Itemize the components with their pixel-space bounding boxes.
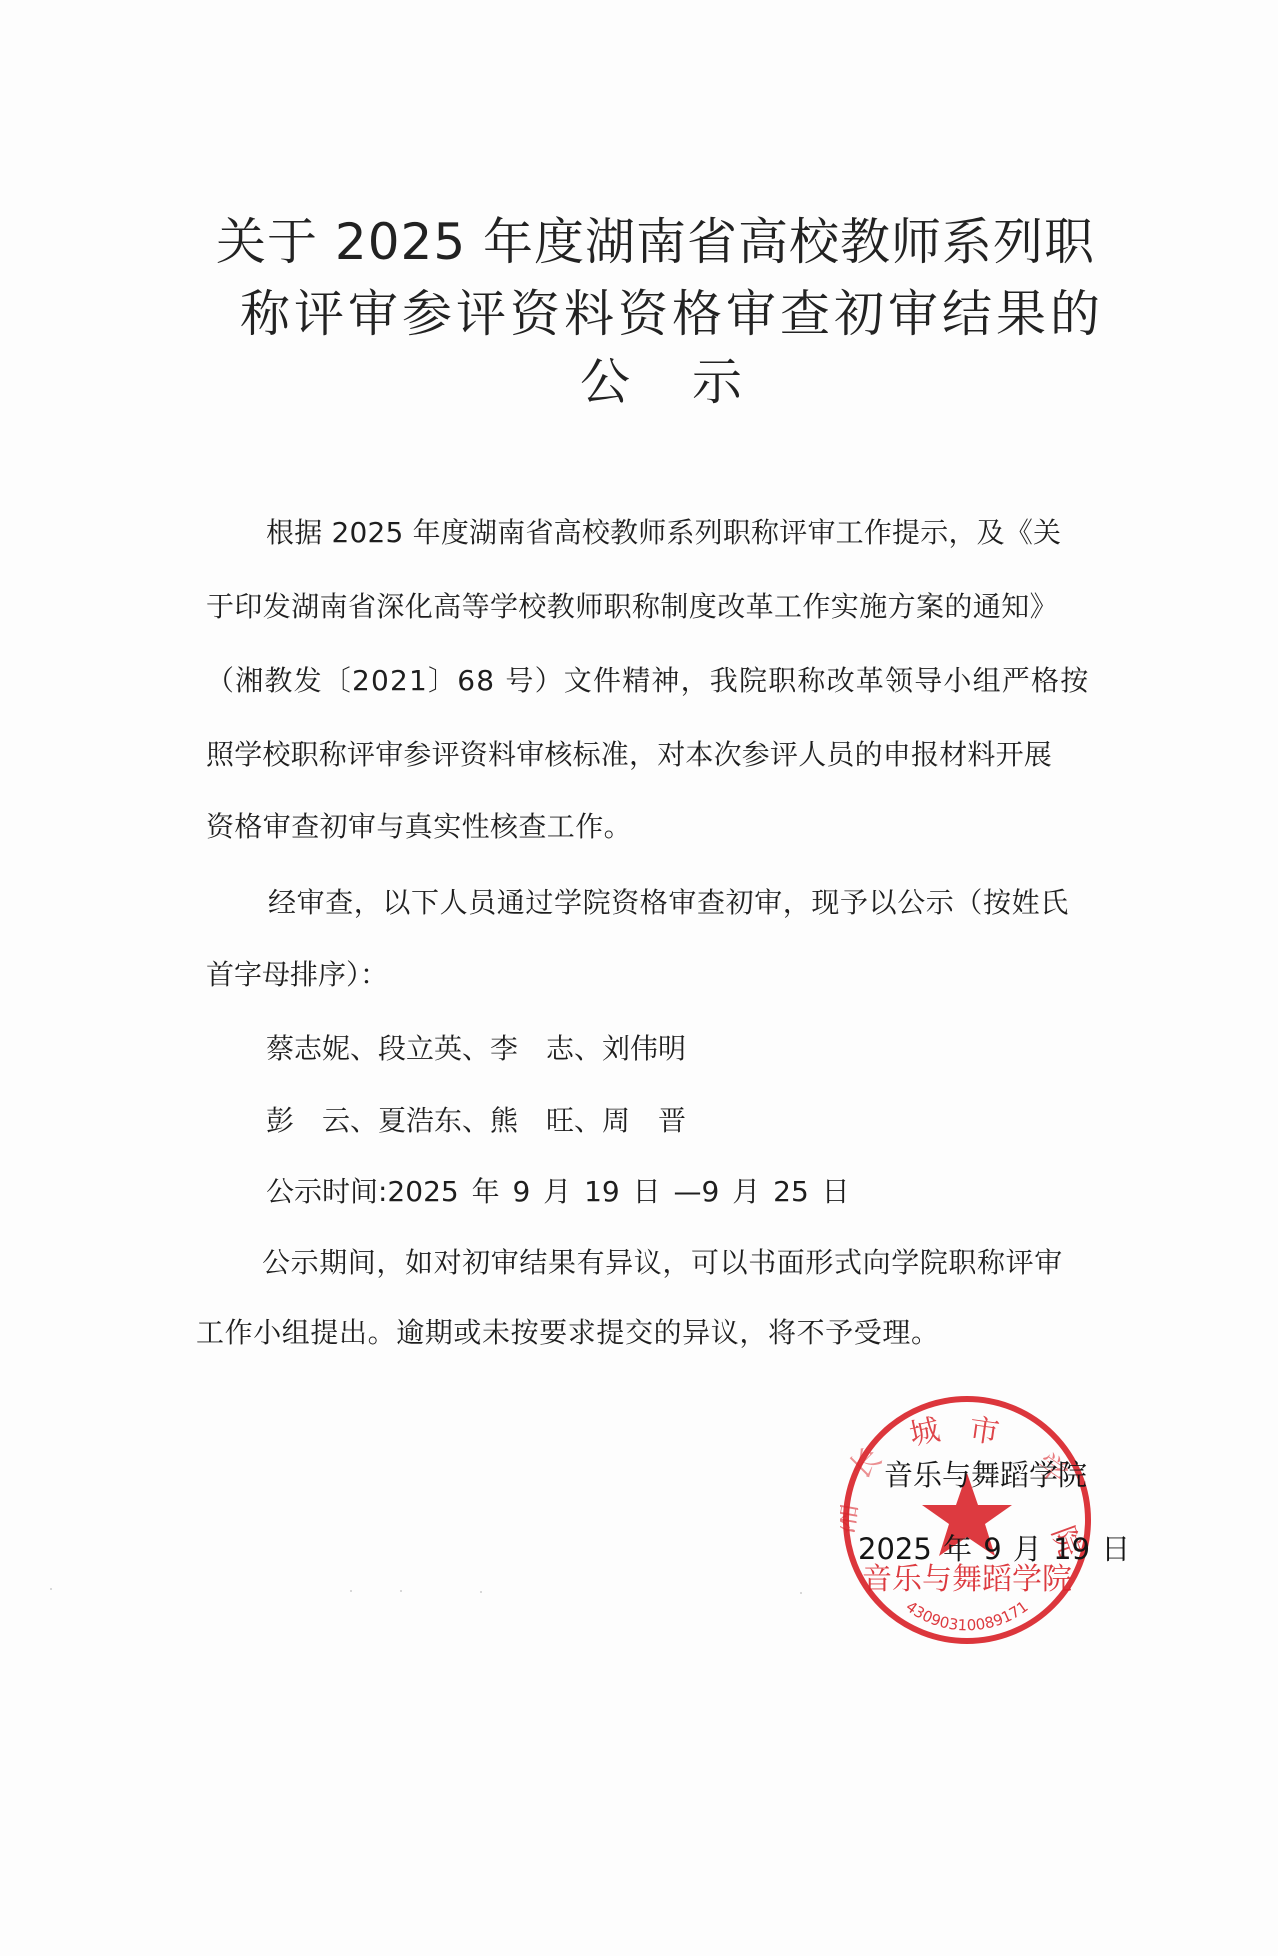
names-line-1: 蔡志妮、段立英、李 志、刘伟明	[266, 1032, 686, 1066]
paragraph-1-line-5: 资格审查初审与真实性核查工作。	[206, 810, 632, 844]
paragraph-2-line-1: 经审查，以下人员通过学院资格审查初审，现予以公示（按姓氏	[268, 886, 1069, 920]
scan-noise	[480, 1591, 482, 1593]
names-line-2: 彭 云、夏浩东、熊 旺、周 晋	[266, 1104, 686, 1138]
paragraph-3-line-1: 公示期间，如对初审结果有异议，可以书面形式向学院职称评审	[262, 1246, 1063, 1280]
official-seal-icon: 城 市 学 院 长 湘 音乐与舞蹈学院 43090310089171	[840, 1393, 1094, 1647]
title-line-2: 称评审参评资料资格审查初审结果的	[240, 286, 1104, 342]
paragraph-1-line-3: （湘教发〔2021〕68 号）文件精神，我院职称改革领导小组严格按	[206, 664, 1089, 698]
svg-text:音乐与舞蹈学院: 音乐与舞蹈学院	[862, 1562, 1072, 1597]
paragraph-2-line-2: 首字母排序）：	[206, 958, 388, 992]
signature-date: 2025 年 9 月 19 日	[858, 1532, 1130, 1566]
title-line-3: 公示	[580, 354, 804, 410]
paragraph-3-line-2: 工作小组提出。逾期或未按要求提交的异议，将不予受理。	[196, 1316, 940, 1350]
svg-text:43090310089171: 43090310089171	[903, 1597, 1032, 1634]
paragraph-1-line-2: 于印发湖南省深化高等学校教师职称制度改革工作实施方案的通知》	[206, 590, 1058, 624]
scan-noise	[400, 1590, 402, 1592]
svg-text:城: 城	[906, 1412, 943, 1452]
publicity-period: 公示时间:2025 年 9 月 19 日 —9 月 25 日	[266, 1175, 850, 1209]
scan-noise	[350, 1590, 352, 1592]
paragraph-1-line-4: 照学校职称评审参评资料审核标准，对本次参评人员的申报材料开展	[206, 738, 1052, 772]
document-page: 关于 2025 年度湖南省高校教师系列职 称评审参评资料资格审查初审结果的 公示…	[0, 0, 1278, 1956]
signature-org: 音乐与舞蹈学院	[884, 1458, 1087, 1492]
scan-noise	[800, 1592, 802, 1594]
title-line-1: 关于 2025 年度湖南省高校教师系列职	[216, 214, 1095, 270]
svg-text:市: 市	[967, 1412, 1002, 1451]
scan-noise	[50, 1588, 52, 1590]
paragraph-1-line-1: 根据 2025 年度湖南省高校教师系列职称评审工作提示，及《关	[266, 516, 1061, 550]
